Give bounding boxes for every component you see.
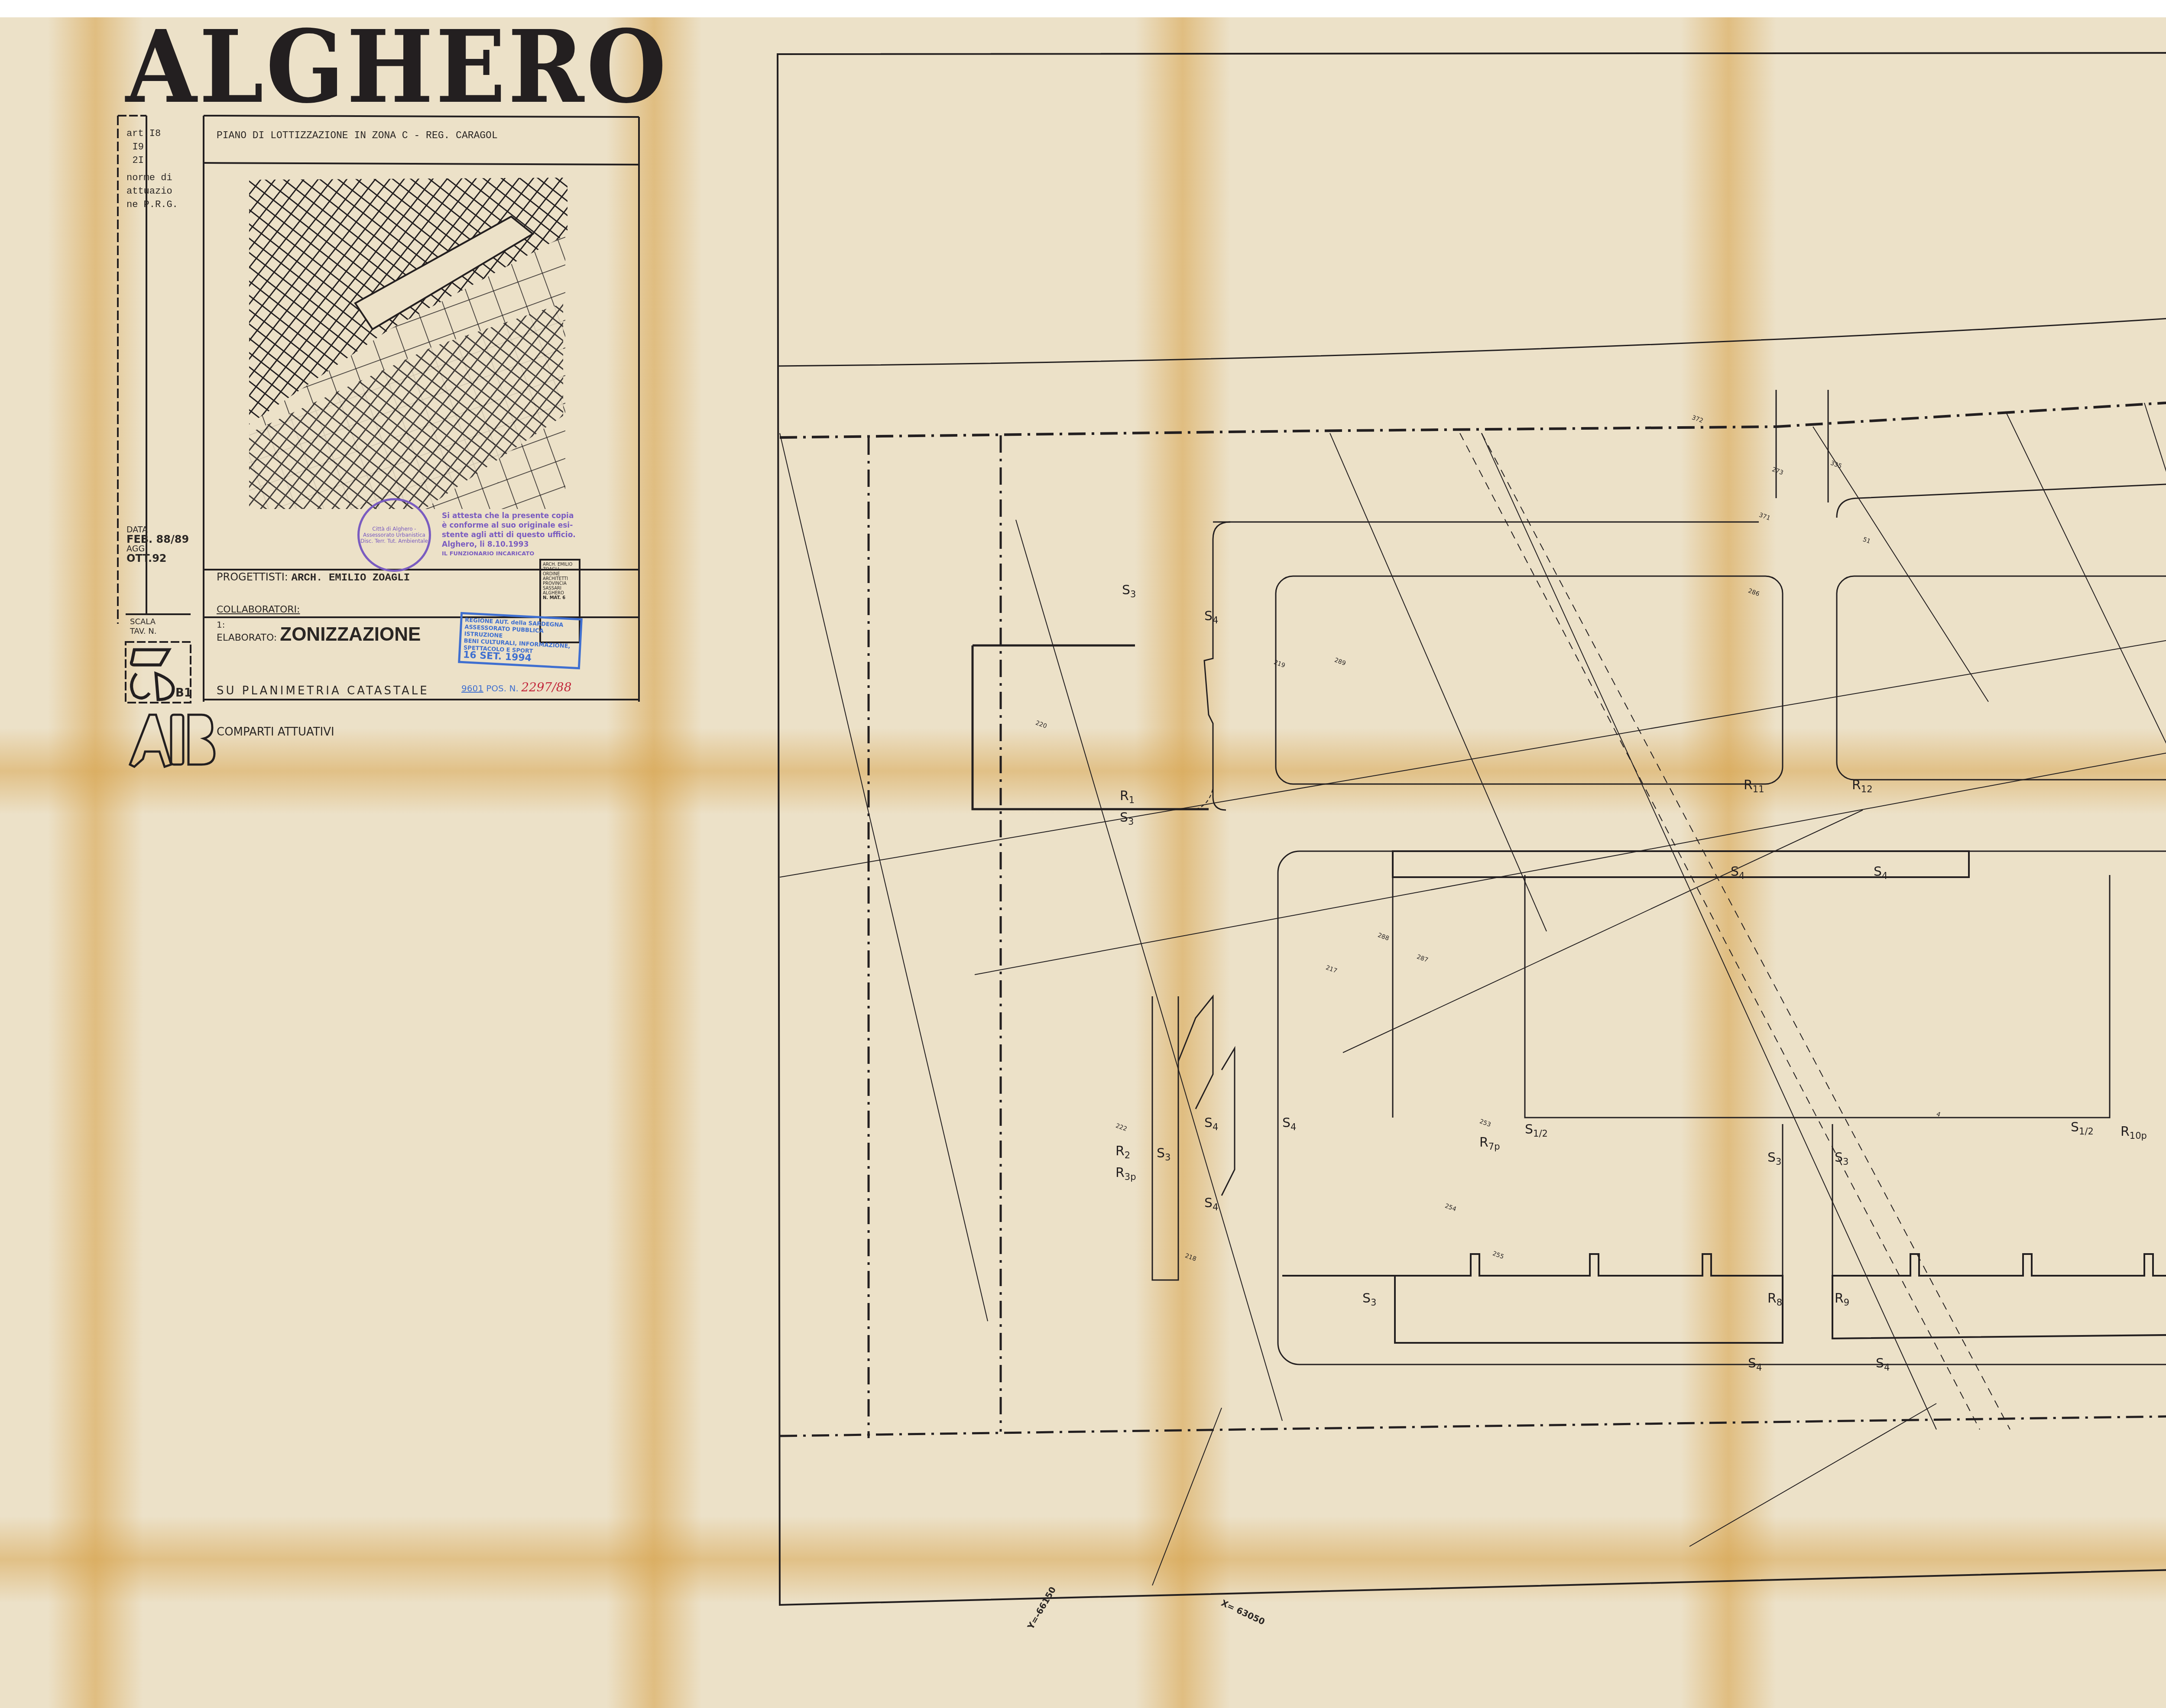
protocol-label: POS. N. xyxy=(486,683,519,694)
stamp-text: Città di Alghero - Assessorato Urbanisti… xyxy=(360,526,429,544)
agg-value: OTT.92 xyxy=(126,554,189,563)
protocol-prefix: 9601 xyxy=(461,683,483,694)
article-ref: 2I xyxy=(126,154,144,167)
stamp-line: ARCH. EMILIO ZOAGLI xyxy=(543,562,577,572)
zone-label: R2 xyxy=(1115,1144,1130,1160)
map-frame xyxy=(778,52,2166,1605)
zone-label: S4 xyxy=(1204,609,1218,626)
zone-label: R11 xyxy=(1744,778,1764,794)
zone-label: S3 xyxy=(1157,1146,1171,1163)
zone-label: S3 xyxy=(1122,583,1136,600)
stamp-line: è conforme al suo originale esi- xyxy=(442,521,576,530)
article-ref: art.I8 xyxy=(126,127,144,140)
tav-label: TAV. N. xyxy=(130,627,156,636)
title-block-frame xyxy=(0,0,2166,1708)
norme-block: norme di attuazio ne P.R.G. xyxy=(126,171,178,211)
comparti-symbol-icon xyxy=(130,715,214,767)
zone-label: S4 xyxy=(1874,864,1887,881)
zone-label: R12 xyxy=(1852,778,1873,794)
stamp-line: Alghero, li 8.10.1993 xyxy=(442,540,576,549)
data-value: FEB. 88/89 xyxy=(126,535,189,544)
protocol-number: 2297/88 xyxy=(521,680,571,694)
comune-round-stamp: Città di Alghero - Assessorato Urbanisti… xyxy=(357,498,431,572)
progettisti-value: ARCH. EMILIO ZOAGLI xyxy=(291,572,410,584)
zone-label: S4 xyxy=(1282,1115,1296,1132)
location-thumbnail xyxy=(249,178,567,509)
zone-label: S4 xyxy=(1204,1196,1218,1212)
collaboratori-label: COLLABORATORI: xyxy=(217,604,300,615)
norme-line: norme di xyxy=(126,171,178,185)
project-title: PIANO DI LOTTIZZAZIONE IN ZONA C - REG. … xyxy=(217,130,498,141)
zone-label: S3 xyxy=(1767,1150,1781,1167)
stamp-line: IL FUNZIONARIO INCARICATO xyxy=(442,549,576,559)
zone-label: S1/2 xyxy=(2071,1120,2094,1137)
protocol-row: 9601 POS. N. 2297/88 xyxy=(461,680,571,694)
scala-label: SCALA xyxy=(130,617,156,627)
zone-label: S4 xyxy=(1748,1356,1762,1373)
scale-labels: SCALA TAV. N. xyxy=(130,617,156,636)
elaborato-value: ZONIZZAZIONE xyxy=(280,624,421,645)
date-block: DATA FEB. 88/89 AGG. OTT.92 xyxy=(126,525,189,563)
zone-label: S3 xyxy=(1120,810,1134,827)
zone-label: S4 xyxy=(1876,1356,1890,1373)
progettisti-row: PROGETTISTI: ARCH. EMILIO ZOAGLI xyxy=(217,571,410,584)
articles-block: art.I8 I9 2I xyxy=(126,127,144,167)
stamp-line: stente agli atti di questo ufficio. xyxy=(442,530,576,540)
zone-label: S1/2 xyxy=(1525,1122,1548,1139)
tav-number-glyph xyxy=(131,650,173,700)
comparti-label: COMPARTI ATTUATIVI xyxy=(217,726,334,739)
progettisti-label: PROGETTISTI: xyxy=(217,571,288,583)
article-ref: I9 xyxy=(126,140,144,154)
zone-label: R1 xyxy=(1120,788,1135,805)
stamp-line: ORDINE ARCHITETTI PROVINCIA SASSARI xyxy=(543,572,577,591)
zone-label: R10p xyxy=(2121,1124,2147,1141)
tav-suffix: B1 xyxy=(175,687,192,700)
regione-stamp: REGIONE AUT. della SARDEGNA ASSESSORATO … xyxy=(458,612,583,670)
zone-label: R9 xyxy=(1835,1291,1849,1308)
subtitle: SU PLANIMETRIA CATASTALE xyxy=(217,684,429,697)
zone-label: R8 xyxy=(1767,1291,1782,1308)
norme-line: attuazio xyxy=(126,185,178,198)
zone-label: S3 xyxy=(1362,1291,1376,1308)
elaborato-label: ELABORATO: xyxy=(217,632,277,643)
norme-line: ne P.R.G. xyxy=(126,198,178,211)
elaborato-row: ELABORATO: ZONIZZAZIONE xyxy=(217,624,421,645)
zone-label: R3p xyxy=(1115,1165,1136,1182)
zone-label: S4 xyxy=(1731,864,1744,881)
stamp-line: Si attesta che la presente copia xyxy=(442,511,576,521)
stamp-line: ALGHERO xyxy=(543,591,577,596)
zone-label: S3 xyxy=(1835,1150,1848,1167)
zone-label: S4 xyxy=(1204,1115,1218,1132)
attestation-stamp: Si attesta che la presente copia è confo… xyxy=(442,511,576,559)
stamp-line: N. MAT. 6 xyxy=(543,596,577,600)
zone-label: R7p xyxy=(1479,1135,1500,1152)
